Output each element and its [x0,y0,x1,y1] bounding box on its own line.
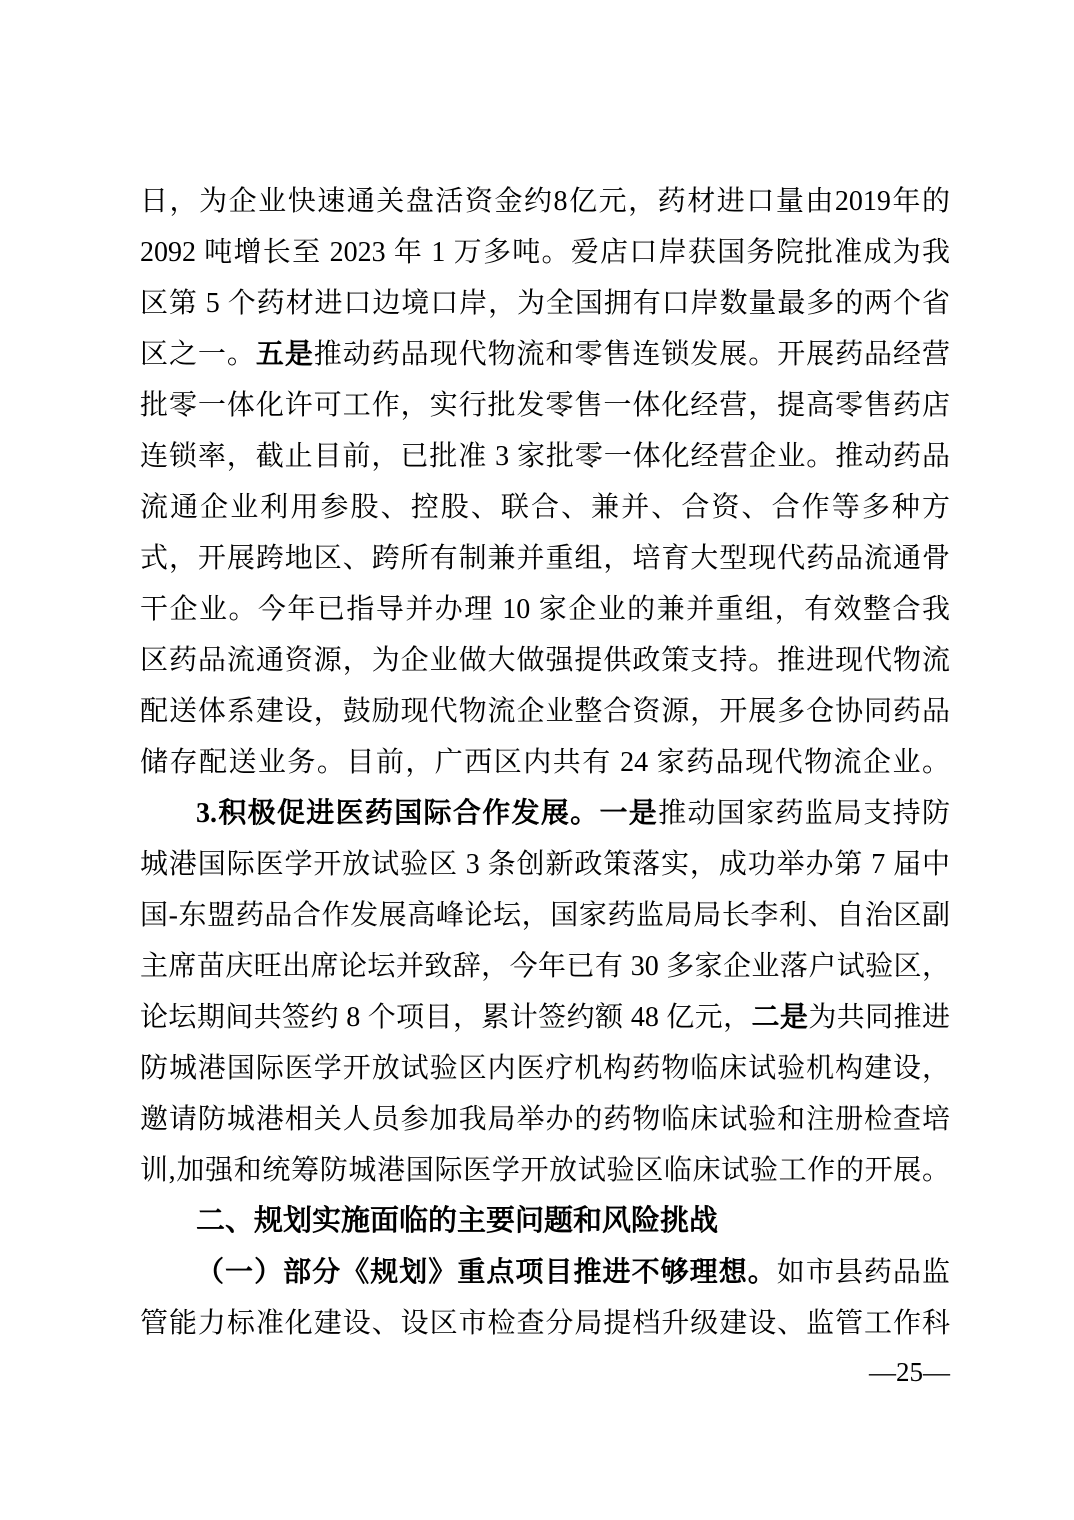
text-run: 国-东盟药品合作发展高峰论坛，国家药监局局长李利、自治区副 [140,900,950,931]
text-line: 配送体系建设，鼓励现代物流企业整合资源，开展多仓协同药品 [140,686,950,737]
text-run: 推动药品现代物流和零售连锁发展。开展药品经营 [314,339,950,370]
text-line: 论坛期间共签约 8 个项目，累计签约额 48 亿元，二是为共同推进 [140,992,950,1043]
text-run: 区第 5 个药材进口边境口岸，为全国拥有口岸数量最多的两个省 [140,288,950,319]
text-run: 主席苗庆旺出席论坛并致辞，今年已有 30 多家企业落户试验区， [140,951,950,982]
text-run: 流通企业利用参股、控股、联合、兼并、合资、合作等多种方 [140,492,950,523]
text-run: 连锁率，截止目前，已批准 3 家批零一体化经营企业。推动药品 [140,441,950,472]
bold-text-run: （一）部分《规划》重点项目推进不够理想。 [196,1257,777,1288]
paragraph-start-line: （一）部分《规划》重点项目推进不够理想。如市县药品监 [140,1247,950,1298]
text-line: 2092 吨增长至 2023 年 1 万多吨。爱店口岸获国务院批准成为我 [140,227,950,278]
text-run: 推动国家药监局支持防 [658,798,950,829]
text-line: 储存配送业务。目前，广西区内共有 24 家药品现代物流企业。 [140,737,950,788]
text-line: 式，开展跨地区、跨所有制兼并重组，培育大型现代药品流通骨 [140,533,950,584]
text-line: 训,加强和统筹防城港国际医学开放试验区临床试验工作的开展。 [140,1145,950,1196]
text-run: 区药品流通资源，为企业做大做强提供政策支持。推进现代物流 [140,645,950,676]
text-run: 配送体系建设，鼓励现代物流企业整合资源，开展多仓协同药品 [140,696,950,727]
text-line: 日，为企业快速通关盘活资金约8亿元，药材进口量由2019年的 [140,176,950,227]
text-line: 国-东盟药品合作发展高峰论坛，国家药监局局长李利、自治区副 [140,890,950,941]
text-line: 流通企业利用参股、控股、联合、兼并、合资、合作等多种方 [140,482,950,533]
document-page: 日，为企业快速通关盘活资金约8亿元，药材进口量由2019年的 2092 吨增长至… [0,0,1074,1520]
text-run: 训,加强和统筹防城港国际医学开放试验区临床试验工作的开展。 [140,1155,950,1186]
text-line: 邀请防城港相关人员参加我局举办的药物临床试验和注册检查培 [140,1094,950,1145]
heading-text-run: 二、规划实施面临的主要问题和风险挑战 [196,1205,718,1237]
bold-text-run: 二是 [751,1002,808,1033]
text-run: 城港国际医学开放试验区 3 条创新政策落实，成功举办第 7 届中 [140,849,950,880]
text-run: 邀请防城港相关人员参加我局举办的药物临床试验和注册检查培 [140,1104,950,1135]
paragraph-start-line: 3.积极促进医药国际合作发展。一是推动国家药监局支持防 [140,788,950,839]
text-run: 干企业。今年已指导并办理 10 家企业的兼并重组，有效整合我 [140,594,950,625]
text-run: 日，为企业快速通关盘活资金约8亿元，药材进口量由2019年的 [140,186,950,217]
text-line: 干企业。今年已指导并办理 10 家企业的兼并重组，有效整合我 [140,584,950,635]
bold-text-run: 3.积极促进医药国际合作发展。一是 [196,798,658,829]
text-run: 论坛期间共签约 8 个项目，累计签约额 48 亿元， [140,1002,751,1033]
text-line: 主席苗庆旺出席论坛并致辞，今年已有 30 多家企业落户试验区， [140,941,950,992]
text-run: 区之一。 [140,339,256,370]
text-line: 批零一体化许可工作，实行批发零售一体化经营，提高零售药店 [140,380,950,431]
section-heading: 二、规划实施面临的主要问题和风险挑战 [140,1196,950,1247]
text-line: 连锁率，截止目前，已批准 3 家批零一体化经营企业。推动药品 [140,431,950,482]
text-line: 防城港国际医学开放试验区内医疗机构药物临床试验机构建设， [140,1043,950,1094]
text-run: 管能力标准化建设、设区市检查分局提档升级建设、监管工作科 [140,1308,950,1339]
text-run: 为共同推进 [808,1002,950,1033]
text-line: 区药品流通资源，为企业做大做强提供政策支持。推进现代物流 [140,635,950,686]
text-line: 管能力标准化建设、设区市检查分局提档升级建设、监管工作科 [140,1298,950,1349]
text-run: 防城港国际医学开放试验区内医疗机构药物临床试验机构建设， [140,1053,950,1084]
text-line: 城港国际医学开放试验区 3 条创新政策落实，成功举办第 7 届中 [140,839,950,890]
text-run: 式，开展跨地区、跨所有制兼并重组，培育大型现代药品流通骨 [140,543,950,574]
text-line: 区第 5 个药材进口边境口岸，为全国拥有口岸数量最多的两个省 [140,278,950,329]
page-number: —25— [140,1352,950,1392]
text-run: 储存配送业务。目前，广西区内共有 24 家药品现代物流企业。 [140,747,950,778]
bold-text-run: 五是 [256,339,314,370]
text-run: 批零一体化许可工作，实行批发零售一体化经营，提高零售药店 [140,390,950,421]
text-line: 区之一。五是推动药品现代物流和零售连锁发展。开展药品经营 [140,329,950,380]
text-run: 如市县药品监 [777,1257,950,1288]
text-column: 日，为企业快速通关盘活资金约8亿元，药材进口量由2019年的 2092 吨增长至… [140,176,950,1349]
text-run: 2092 吨增长至 2023 年 1 万多吨。爱店口岸获国务院批准成为我 [140,237,950,268]
